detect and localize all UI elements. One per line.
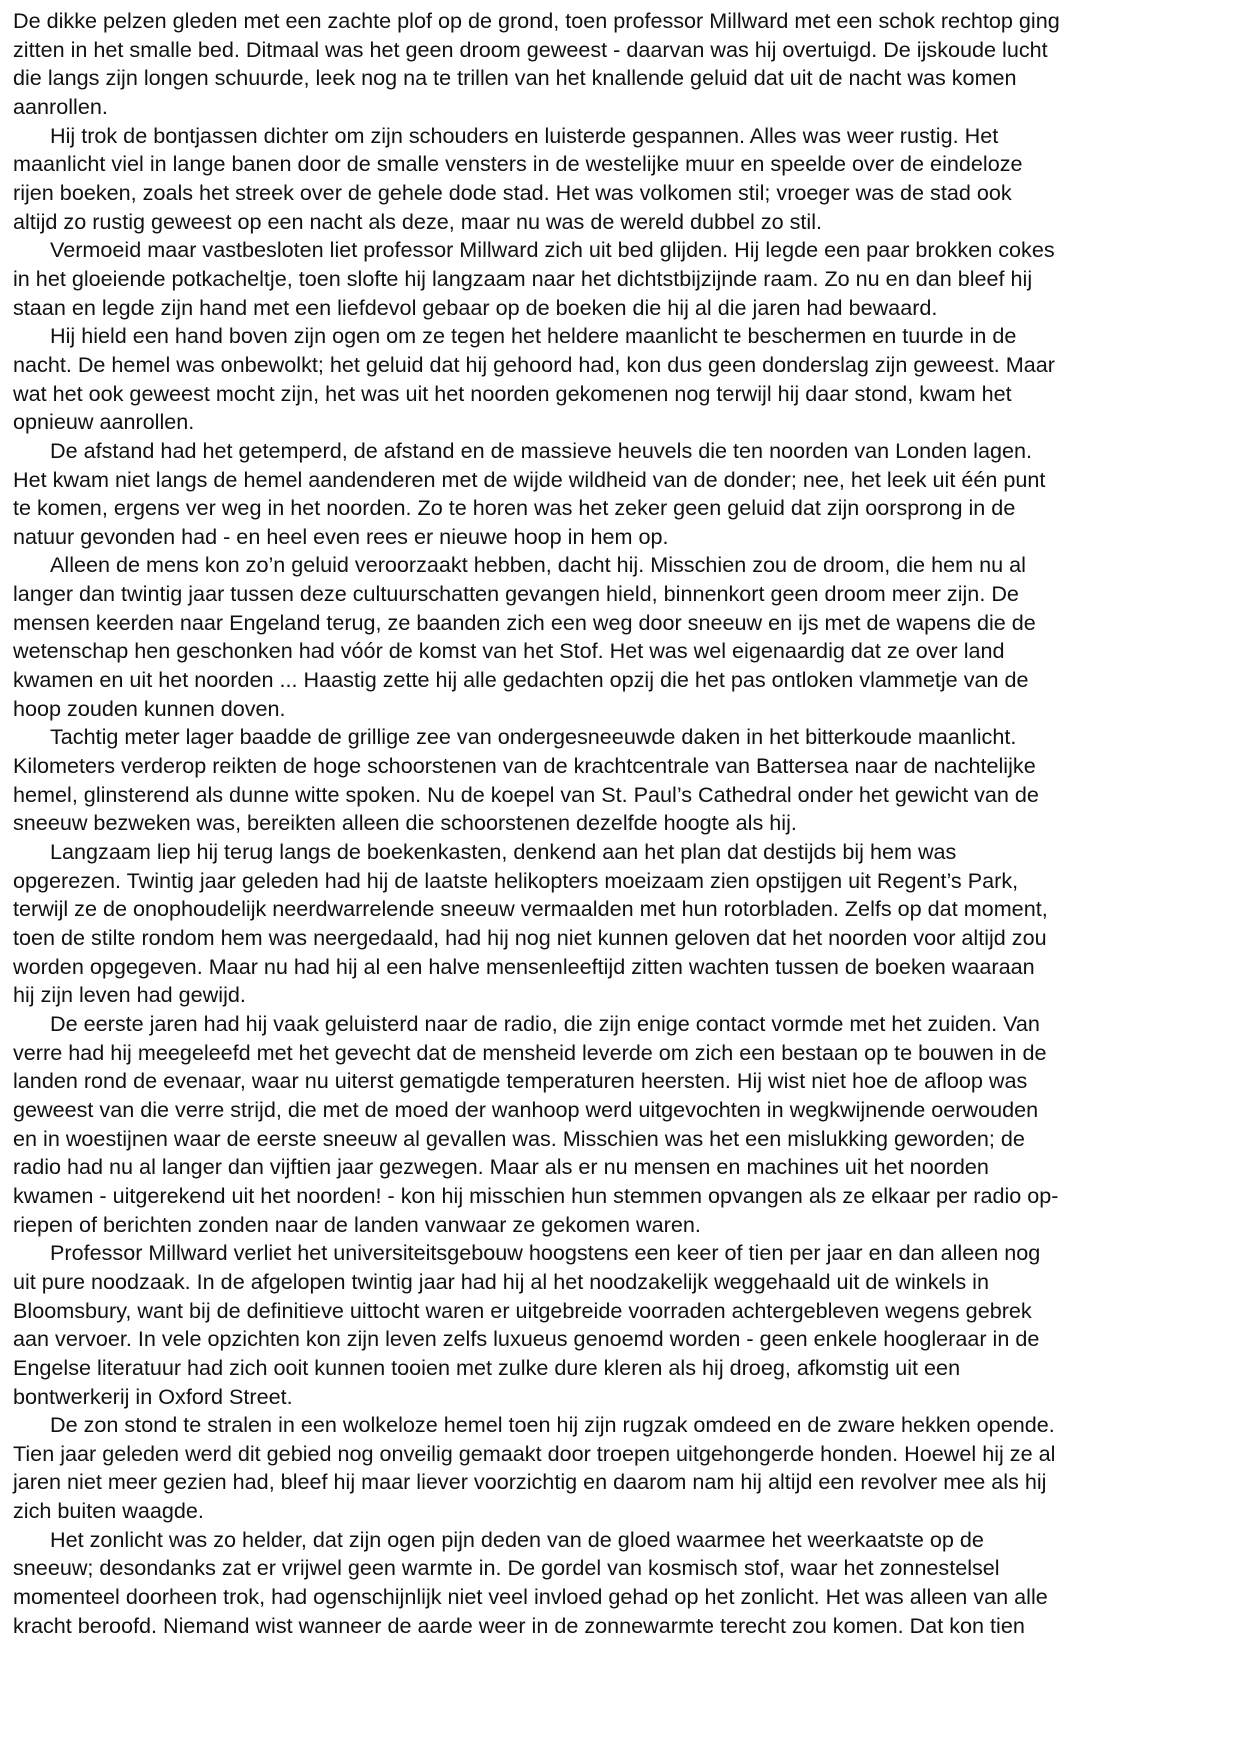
text-line: momenteel doorheen trok, had ogenschijnl… <box>13 1583 1235 1612</box>
text-line: terwijl ze de onophoudelijk neerdwarrele… <box>13 895 1235 924</box>
paragraph-4: Hij hield een hand boven zijn ogen om ze… <box>13 322 1235 437</box>
text-line: Kilometers verderop reikten de hoge scho… <box>13 752 1235 781</box>
text-line: in het gloeiende potkacheltje, toen slof… <box>13 265 1235 294</box>
text-line: De zon stond te stralen in een wolkeloze… <box>13 1411 1235 1440</box>
text-line: uit pure noodzaak. In de afgelopen twint… <box>13 1268 1235 1297</box>
paragraph-11: De zon stond te stralen in een wolkeloze… <box>13 1411 1235 1526</box>
text-line: opgerezen. Twintig jaar geleden had hij … <box>13 867 1235 896</box>
paragraph-8: Langzaam liep hij terug langs de boekenk… <box>13 838 1235 1010</box>
paragraph-12: Het zonlicht was zo helder, dat zijn oge… <box>13 1526 1235 1641</box>
text-line: sneeuw bezweken was, bereikten alleen di… <box>13 809 1235 838</box>
text-line: worden opgegeven. Maar nu had hij al een… <box>13 953 1235 982</box>
text-line: wetenschap hen geschonken had vóór de ko… <box>13 637 1235 666</box>
text-line: Tien jaar geleden werd dit gebied nog on… <box>13 1440 1235 1469</box>
text-line: altijd zo rustig geweest op een nacht al… <box>13 208 1235 237</box>
text-line: Het kwam niet langs de hemel aandenderen… <box>13 466 1235 495</box>
text-line: natuur gevonden had - en heel even rees … <box>13 523 1235 552</box>
paragraph-9: De eerste jaren had hij vaak geluisterd … <box>13 1010 1235 1239</box>
text-line: aanrollen. <box>13 93 1235 122</box>
text-line: maanlicht viel in lange banen door de sm… <box>13 150 1235 179</box>
paragraph-3: Vermoeid maar vastbesloten liet professo… <box>13 236 1235 322</box>
text-line: Het zonlicht was zo helder, dat zijn oge… <box>13 1526 1235 1555</box>
text-line: opnieuw aanrollen. <box>13 408 1235 437</box>
text-line: die langs zijn longen schuurde, leek nog… <box>13 64 1235 93</box>
text-line: hoop zouden kunnen doven. <box>13 695 1235 724</box>
text-line: verre had hij meegeleefd met het gevecht… <box>13 1039 1235 1068</box>
text-line: Alleen de mens kon zo’n geluid veroorzaa… <box>13 551 1235 580</box>
text-line: zich buiten waagde. <box>13 1497 1235 1526</box>
text-line: rijen boeken, zoals het streek over de g… <box>13 179 1235 208</box>
paragraph-5: De afstand had het getemperd, de afstand… <box>13 437 1235 552</box>
text-line: kwamen - uitgerekend uit het noorden! - … <box>13 1182 1235 1211</box>
text-line: Hij hield een hand boven zijn ogen om ze… <box>13 322 1235 351</box>
paragraph-1: De dikke pelzen gleden met een zachte pl… <box>13 7 1235 122</box>
paragraph-2: Hij trok de bontjassen dichter om zijn s… <box>13 122 1235 237</box>
text-line: Professor Millward verliet het universit… <box>13 1239 1235 1268</box>
text-line: riepen of berichten zonden naar de lande… <box>13 1211 1235 1240</box>
text-line: kwamen en uit het noorden ... Haastig ze… <box>13 666 1235 695</box>
text-line: sneeuw; desondanks zat er vrijwel geen w… <box>13 1554 1235 1583</box>
text-line: wat het ook geweest mocht zijn, het was … <box>13 380 1235 409</box>
text-line: radio had nu al langer dan vijftien jaar… <box>13 1153 1235 1182</box>
text-line: bontwerkerij in Oxford Street. <box>13 1383 1235 1412</box>
text-line: Tachtig meter lager baadde de grillige z… <box>13 723 1235 752</box>
text-line: langer dan twintig jaar tussen deze cult… <box>13 580 1235 609</box>
text-line: hemel, glinsterend als dunne witte spoke… <box>13 781 1235 810</box>
paragraph-10: Professor Millward verliet het universit… <box>13 1239 1235 1411</box>
text-line: aan vervoer. In vele opzichten kon zijn … <box>13 1325 1235 1354</box>
text-line: Bloomsbury, want bij de definitieve uitt… <box>13 1297 1235 1326</box>
text-line: De eerste jaren had hij vaak geluisterd … <box>13 1010 1235 1039</box>
text-line: De afstand had het getemperd, de afstand… <box>13 437 1235 466</box>
text-line: hij zijn leven had gewijd. <box>13 981 1235 1010</box>
text-line: Langzaam liep hij terug langs de boekenk… <box>13 838 1235 867</box>
text-line: jaren niet meer gezien had, bleef hij ma… <box>13 1468 1235 1497</box>
text-line: mensen keerden naar Engeland terug, ze b… <box>13 609 1235 638</box>
text-line: landen rond de evenaar, waar nu uiterst … <box>13 1067 1235 1096</box>
text-line: geweest van die verre strijd, die met de… <box>13 1096 1235 1125</box>
paragraph-6: Alleen de mens kon zo’n geluid veroorzaa… <box>13 551 1235 723</box>
text-line: nacht. De hemel was onbewolkt; het gelui… <box>13 351 1235 380</box>
text-line: Vermoeid maar vastbesloten liet professo… <box>13 236 1235 265</box>
text-line: staan en legde zijn hand met een liefdev… <box>13 294 1235 323</box>
text-line: De dikke pelzen gleden met een zachte pl… <box>13 7 1235 36</box>
text-line: Engelse literatuur had zich ooit kunnen … <box>13 1354 1235 1383</box>
text-line: te komen, ergens ver weg in het noorden.… <box>13 494 1235 523</box>
text-line: en in woestijnen waar de eerste sneeuw a… <box>13 1125 1235 1154</box>
text-line: toen de stilte rondom hem was neergedaal… <box>13 924 1235 953</box>
text-line: Hij trok de bontjassen dichter om zijn s… <box>13 122 1235 151</box>
text-line: zitten in het smalle bed. Ditmaal was he… <box>13 36 1235 65</box>
text-line: kracht beroofd. Niemand wist wanneer de … <box>13 1612 1235 1641</box>
paragraph-7: Tachtig meter lager baadde de grillige z… <box>13 723 1235 838</box>
document-page: De dikke pelzen gleden met een zachte pl… <box>13 7 1235 1640</box>
